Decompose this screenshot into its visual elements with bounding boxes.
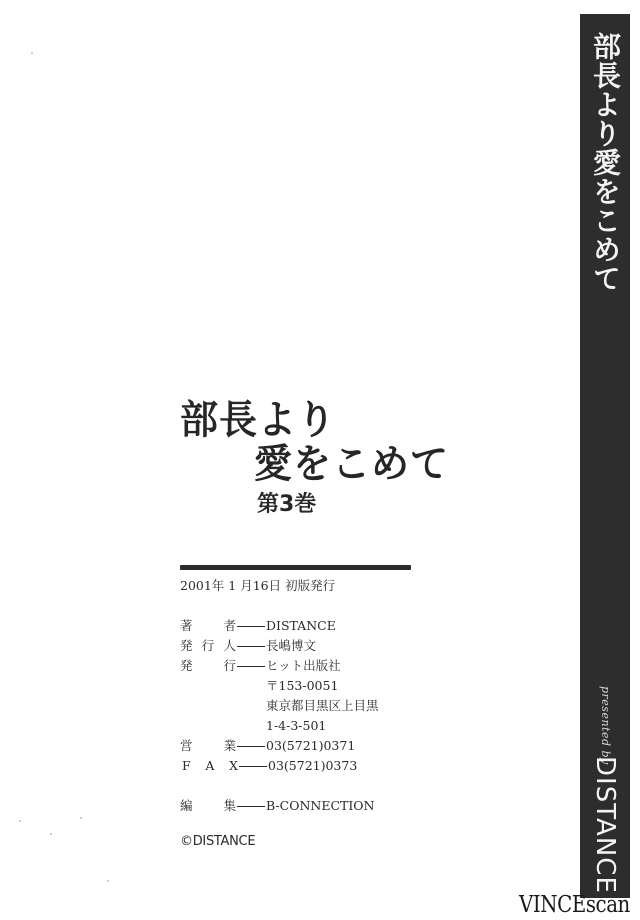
- book-title-block: 部長より 愛をこめて 第3巻: [180, 398, 440, 520]
- colophon-row-author: 著 者 DISTANCE: [180, 616, 440, 636]
- label-char: F: [182, 756, 191, 776]
- publication-date: 2001年 1 月16日 初版発行: [180, 576, 440, 596]
- spine-presented-by: presented by: [580, 686, 630, 765]
- book-title-line-2: 愛をこめて: [254, 441, 440, 487]
- label-char: X: [229, 756, 238, 776]
- book-title-line-1: 部長より: [180, 397, 440, 443]
- address-number: 1-4-3-501: [266, 716, 326, 736]
- scan-speck: [50, 833, 52, 835]
- label-char: 行: [202, 636, 215, 656]
- label-char: 行: [223, 656, 236, 676]
- dash-separator: [236, 796, 266, 816]
- row-value: DISTANCE: [266, 616, 336, 636]
- label-char: 者: [223, 616, 236, 636]
- colophon: 2001年 1 月16日 初版発行 著 者 DISTANCE 発 行 人 長嶋博…: [180, 576, 440, 852]
- volume-number: 第3巻: [257, 490, 440, 520]
- spacer: [180, 776, 440, 796]
- dash-separator: [236, 636, 266, 656]
- label-char: 編: [180, 796, 193, 816]
- fax-number: 03(5721)0373: [268, 756, 357, 776]
- colophon-row-sales: 営 業 03(5721)0371: [180, 736, 440, 756]
- colophon-row-fax: F A X 03(5721)0373: [180, 756, 440, 776]
- label-char: 著: [180, 616, 193, 636]
- colophon-row-editor: 編 集 B-CONNECTION: [180, 796, 440, 816]
- colophon-row-address: 東京都目黒区上目黒: [180, 696, 440, 716]
- sales-phone: 03(5721)0371: [266, 736, 355, 756]
- spine-author: DISTANCE: [580, 756, 630, 894]
- row-label: 編 集: [180, 796, 236, 816]
- label-char: 営: [180, 736, 193, 756]
- address-line: 東京都目黒区上目黒: [266, 696, 379, 716]
- dash-separator: [236, 616, 266, 636]
- scan-speck: [80, 817, 82, 819]
- row-label: 営 業: [180, 736, 236, 756]
- scan-credit: VINCEscan: [519, 891, 630, 919]
- scan-speck: [31, 52, 33, 54]
- label-char: 集: [223, 796, 236, 816]
- label-char: 発: [180, 636, 193, 656]
- colophon-row-publisher-person: 発 行 人 長嶋博文: [180, 636, 440, 656]
- postal-code: 〒153-0051: [266, 676, 338, 696]
- label-char: 人: [223, 636, 236, 656]
- row-label: F A X: [180, 756, 238, 776]
- dash-separator: [236, 656, 266, 676]
- spine-title: 部長より愛をこめて: [580, 32, 630, 293]
- label-char: A: [205, 756, 214, 776]
- editor-name: B-CONNECTION: [266, 796, 374, 816]
- dash-separator: [238, 756, 268, 776]
- row-value: ヒット出版社: [266, 656, 341, 676]
- label-char: 業: [223, 736, 236, 756]
- copyright-notice: ©DISTANCE: [180, 832, 440, 852]
- row-label: 発 行 人: [180, 636, 236, 656]
- colophon-row-postal-code: 〒153-0051: [180, 676, 440, 696]
- colophon-row-publisher: 発 行 ヒット出版社: [180, 656, 440, 676]
- label-char: 発: [180, 656, 193, 676]
- row-label: 発 行: [180, 656, 236, 676]
- row-label: 著 者: [180, 616, 236, 636]
- book-spine: 部長より愛をこめて presented by DISTANCE: [580, 14, 630, 898]
- colophon-row-address-number: 1-4-3-501: [180, 716, 440, 736]
- scan-speck: [19, 820, 21, 822]
- separator-rule: [180, 565, 411, 570]
- dash-separator: [236, 736, 266, 756]
- scan-speck: [107, 880, 109, 882]
- row-value: 長嶋博文: [266, 636, 316, 656]
